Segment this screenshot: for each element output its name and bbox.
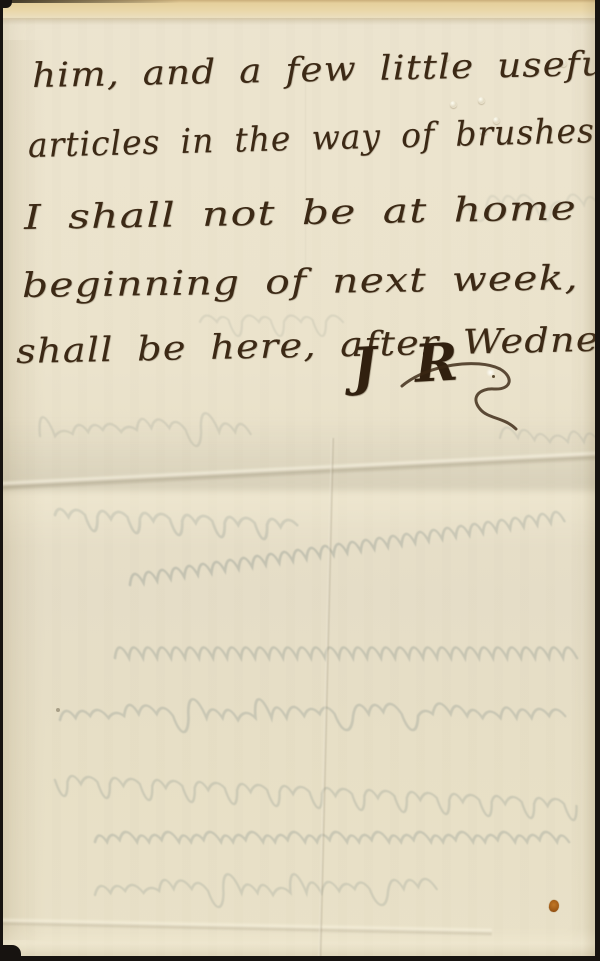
- paper-edge-shading: [582, 0, 596, 961]
- small-speck: [56, 708, 60, 712]
- scan-edge-top: [0, 0, 180, 3]
- paper-dimple: [478, 97, 485, 104]
- handwriting-line-4: beginning of next week, but: [22, 257, 600, 306]
- scan-corner-bottom-left: [0, 945, 21, 961]
- signature-flourish: [398, 356, 568, 446]
- paper-dimple: [450, 101, 457, 108]
- scan-edge-left: [0, 0, 3, 961]
- scan-edge-bottom: [0, 956, 600, 961]
- paper-stain: [0, 492, 600, 550]
- scanned-letter-image: him, and a few little useful articles in…: [0, 0, 600, 961]
- scan-edge-right: [595, 0, 600, 961]
- top-band-shadow: [0, 18, 600, 25]
